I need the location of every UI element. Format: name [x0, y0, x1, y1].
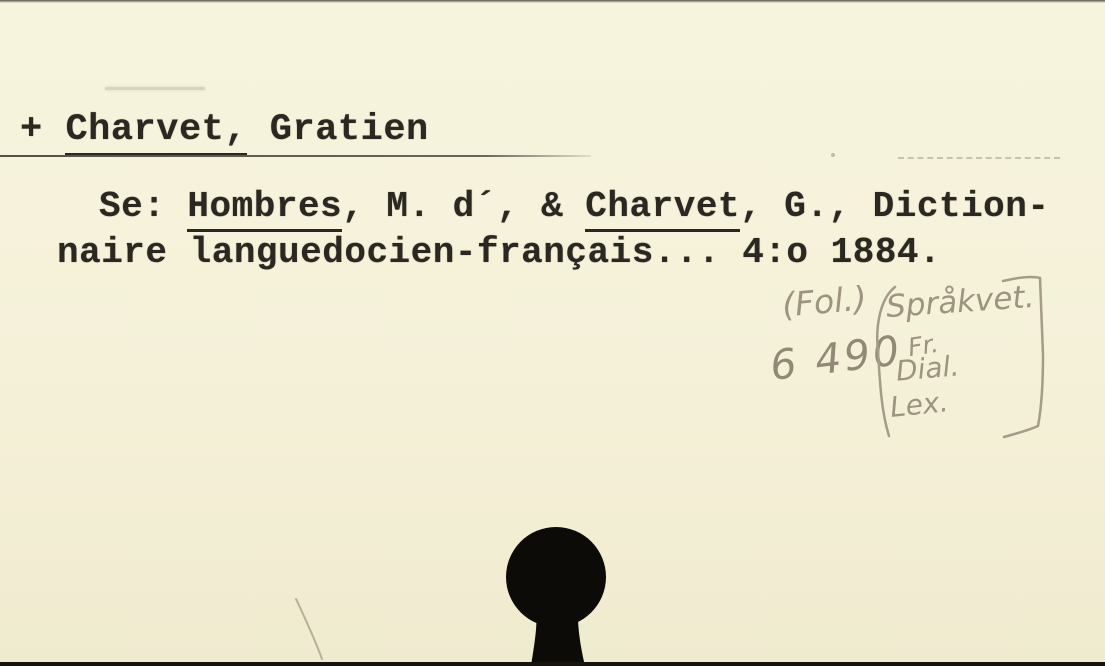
heading-forename: Gratien [270, 109, 429, 151]
card-overlay-graphics [0, 0, 1105, 666]
heading-rule [0, 155, 591, 157]
crease-mark [296, 599, 322, 659]
reference-prefix: Se: [99, 186, 187, 227]
card-bottom-edge [0, 662, 1105, 666]
stray-dot [831, 153, 835, 157]
heading-surname: Charvet, [65, 109, 247, 156]
annotation-format: (Fol.) [781, 281, 868, 321]
reference-line-2: naire languedocien-français... 4:o 1884. [57, 235, 941, 271]
annotation-shelf-number: 6 490 [768, 330, 904, 387]
reference-author-hombres: Hombres [187, 186, 342, 232]
card-top-edge [0, 0, 1105, 3]
keyhole-punch-hole [506, 527, 606, 666]
faint-smudge-mark [105, 87, 205, 90]
heading-marker: + [20, 109, 43, 151]
reference-author-charvet: Charvet [585, 186, 740, 232]
reference-segment-1: , M. d´, & [342, 186, 585, 227]
reference-line-1: Se: Hombres, M. d´, & Charvet, G., Dicti… [99, 189, 1049, 225]
annotation-subject: Språkvet. [885, 282, 1035, 323]
heading-line: + Charvet, Gratien [20, 112, 429, 149]
reference-segment-2: , G., Diction- [740, 186, 1049, 227]
annotation-sub-line-lex: Lex. [889, 388, 950, 422]
faint-dashed-line [898, 157, 1060, 159]
catalog-card: + Charvet, Gratien Se: Hombres, M. d´, &… [0, 0, 1105, 666]
annotation-sub-line-dial: Dial. [895, 352, 960, 385]
